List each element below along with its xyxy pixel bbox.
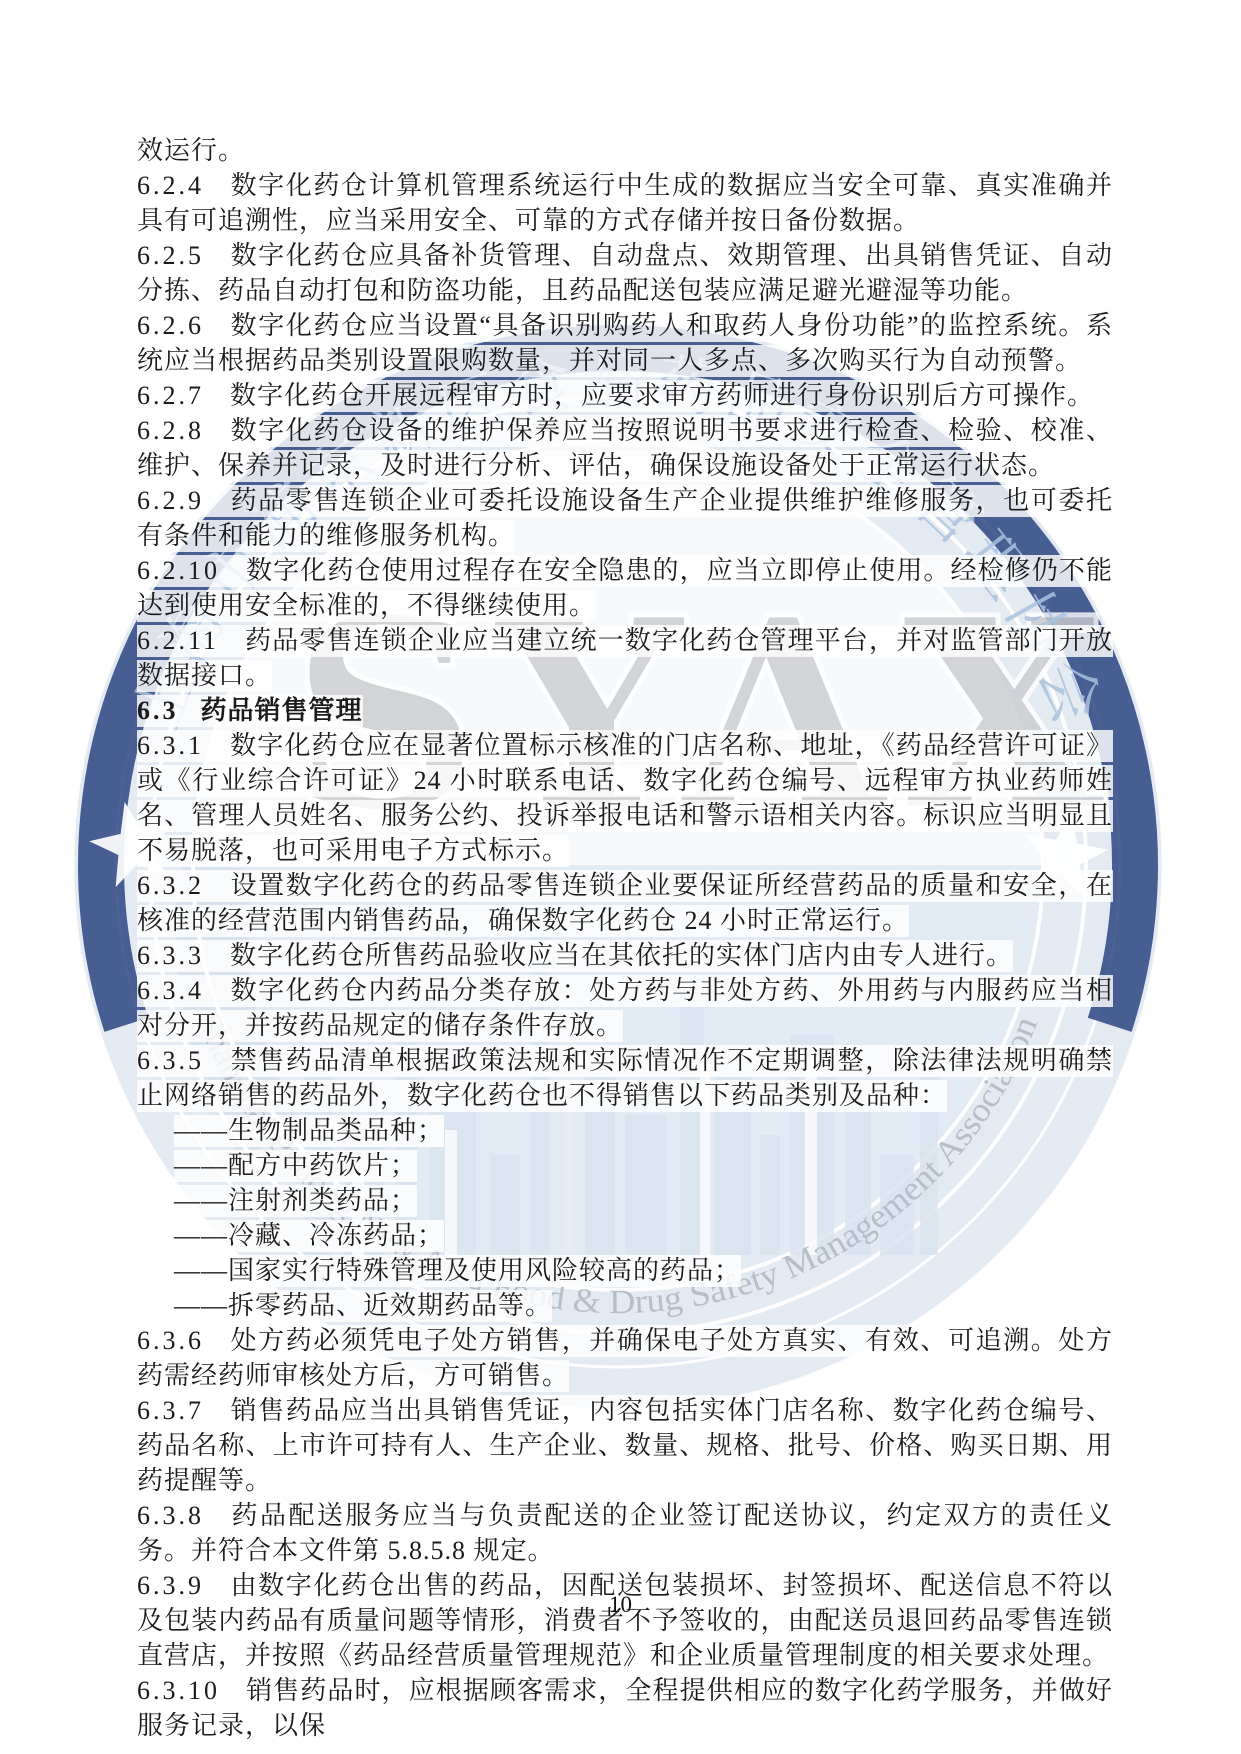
paragraph-number: 6.2.10 [137,556,220,585]
section-heading: 6.3药品销售管理 [137,693,1113,728]
paragraph-text: 处方药必须凭电子处方销售，并确保电子处方真实、有效、可追溯。处方药需经药师审核处… [137,1326,1113,1390]
dash-item: ——国家实行特殊管理及使用风险较高的药品； [137,1253,1113,1288]
paragraph-highlight: 6.3.9由数字化药仓出售的药品，因配送包装损坏、封签损坏、配送信息不符以及包装… [137,1570,1113,1672]
paragraph-text: 数字化药仓计算机管理系统运行中生成的数据应当安全可靠、真实准确并具有可追溯性，应… [137,171,1113,235]
paragraph-text: 销售药品时，应根据顾客需求，全程提供相应的数字化药学服务，并做好服务记录，以保 [137,1676,1113,1740]
paragraph-highlight: ——冷藏、冷冻药品； [174,1220,444,1252]
paragraph-highlight: 6.3.5禁售药品清单根据政策法规和实际情况作不定期调整，除法律法规明确禁止网络… [137,1045,1113,1112]
paragraph-number: 6.2.5 [137,241,204,270]
paragraph: 6.2.11药品零售连锁企业应当建立统一数字化药仓管理平台，并对监管部门开放数据… [137,623,1113,693]
paragraph-number: 6.3.10 [137,1676,220,1705]
paragraph-number: 6.2.8 [137,416,204,445]
paragraph: 6.2.10数字化药仓使用过程存在安全隐患的，应当立即停止使用。经检修仍不能达到… [137,553,1113,623]
paragraph-text: ——国家实行特殊管理及使用风险较高的药品； [174,1256,741,1285]
paragraph-highlight: ——生物制品类品种； [174,1115,444,1147]
dash-item: ——生物制品类品种； [137,1113,1113,1148]
dash-item: ——注射剂类药品； [137,1183,1113,1218]
paragraph: 效运行。 [137,133,1113,168]
paragraph-highlight: 6.2.6数字化药仓应当设置“具备识别购药人和取药人身份功能”的监控系统。系统应… [137,310,1113,377]
paragraph-text: 效运行。 [137,136,245,165]
paragraph-text: ——拆零药品、近效期药品等。 [174,1291,552,1320]
paragraph: 6.3.9由数字化药仓出售的药品，因配送包装损坏、封签损坏、配送信息不符以及包装… [137,1568,1113,1673]
dash-item: ——拆零药品、近效期药品等。 [137,1288,1113,1323]
paragraph-highlight: 6.2.9药品零售连锁企业可委托设施设备生产企业提供维护维修服务，也可委托有条件… [137,485,1113,552]
paragraph: 6.2.6数字化药仓应当设置“具备识别购药人和取药人身份功能”的监控系统。系统应… [137,308,1113,378]
paragraph-highlight: 6.3.3数字化药仓所售药品验收应当在其依托的实体门店内由专人进行。 [137,940,1013,972]
paragraph-highlight: 6.2.11药品零售连锁企业应当建立统一数字化药仓管理平台，并对监管部门开放数据… [137,625,1113,692]
paragraph-text: ——冷藏、冷冻药品； [174,1221,444,1250]
paragraph-text: 由数字化药仓出售的药品，因配送包装损坏、封签损坏、配送信息不符以及包装内药品有质… [137,1571,1113,1670]
paragraph-text: 禁售药品清单根据政策法规和实际情况作不定期调整，除法律法规明确禁止网络销售的药品… [137,1046,1113,1110]
paragraph-highlight: 6.3.7销售药品应当出具销售凭证，内容包括实体门店名称、数字化药仓编号、药品名… [137,1395,1113,1497]
paragraph: 6.3.3数字化药仓所售药品验收应当在其依托的实体门店内由专人进行。 [137,938,1113,973]
paragraph-text: 销售药品应当出具销售凭证，内容包括实体门店名称、数字化药仓编号、药品名称、上市许… [137,1396,1113,1495]
paragraph-number: 6.3.3 [137,941,204,970]
paragraph-text: ——生物制品类品种； [174,1116,444,1145]
paragraph-highlight: ——配方中药饮片； [174,1150,417,1182]
paragraph-highlight: 6.2.7数字化药仓开展远程审方时，应要求审方药师进行身份识别后方可操作。 [137,380,1094,412]
paragraph: 6.2.8数字化药仓设备的维护保养应当按照说明书要求进行检查、检验、校准、维护、… [137,413,1113,483]
paragraph-highlight: 6.3.2设置数字化药仓的药品零售连锁企业要保证所经营药品的质量和安全，在核准的… [137,870,1113,937]
paragraph-text: 药品配送服务应当与负责配送的企业签订配送协议，约定双方的责任义务。并符合本文件第… [137,1501,1113,1565]
paragraph-highlight: 6.2.5数字化药仓应具备补货管理、自动盘点、效期管理、出具销售凭证、自动分拣、… [137,240,1113,307]
dash-item: ——配方中药饮片； [137,1148,1113,1183]
paragraph: 6.3.1数字化药仓应在显著位置标示核准的门店名称、地址，《药品经营许可证》或《… [137,728,1113,868]
paragraph-number: 6.3.7 [137,1396,204,1425]
paragraph: 6.2.9药品零售连锁企业可委托设施设备生产企业提供维护维修服务，也可委托有条件… [137,483,1113,553]
paragraph-text: 药品销售管理 [201,696,363,725]
paragraph: 6.3.4数字化药仓内药品分类存放：处方药与非处方药、外用药与内服药应当相对分开… [137,973,1113,1043]
paragraph: 6.2.7数字化药仓开展远程审方时，应要求审方药师进行身份识别后方可操作。 [137,378,1113,413]
paragraph: 6.2.4数字化药仓计算机管理系统运行中生成的数据应当安全可靠、真实准确并具有可… [137,168,1113,238]
page-footer: 10 [0,1592,1241,1618]
paragraph-highlight: 6.3.10销售药品时，应根据顾客需求，全程提供相应的数字化药学服务，并做好服务… [137,1675,1113,1742]
paragraph: 6.3.5禁售药品清单根据政策法规和实际情况作不定期调整，除法律法规明确禁止网络… [137,1043,1113,1113]
paragraph-text: 数字化药仓应当设置“具备识别购药人和取药人身份功能”的监控系统。系统应当根据药品… [137,311,1113,375]
paragraph: 6.3.6处方药必须凭电子处方销售，并确保电子处方真实、有效、可追溯。处方药需经… [137,1323,1113,1393]
paragraph: 6.3.10销售药品时，应根据顾客需求，全程提供相应的数字化药学服务，并做好服务… [137,1673,1113,1743]
paragraph-text: ——注射剂类药品； [174,1186,417,1215]
paragraph-highlight: 6.3.4数字化药仓内药品分类存放：处方药与非处方药、外用药与内服药应当相对分开… [137,975,1113,1042]
paragraph-number: 6.2.6 [137,311,204,340]
paragraph-highlight: ——国家实行特殊管理及使用风险较高的药品； [174,1255,741,1287]
paragraph-text: 数字化药仓开展远程审方时，应要求审方药师进行身份识别后方可操作。 [230,381,1094,410]
paragraph-number: 6.2.11 [137,626,219,655]
paragraph-text: 数字化药仓所售药品验收应当在其依托的实体门店内由专人进行。 [230,941,1013,970]
paragraph-highlight: 6.3.6处方药必须凭电子处方销售，并确保电子处方真实、有效、可追溯。处方药需经… [137,1325,1113,1392]
page-number: 10 [609,1592,632,1617]
paragraph-text: 药品零售连锁企业可委托设施设备生产企业提供维护维修服务，也可委托有条件和能力的维… [137,486,1113,550]
paragraph: 6.3.7销售药品应当出具销售凭证，内容包括实体门店名称、数字化药仓编号、药品名… [137,1393,1113,1498]
paragraph-text: ——配方中药饮片； [174,1151,417,1180]
paragraph-text: 数字化药仓使用过程存在安全隐患的，应当立即停止使用。经检修仍不能达到使用安全标准… [137,556,1113,620]
paragraph-highlight: ——注射剂类药品； [174,1185,417,1217]
paragraph-number: 6.3.4 [137,976,204,1005]
paragraph-text: 数字化药仓应在显著位置标示核准的门店名称、地址，《药品经营许可证》或《行业综合许… [137,731,1113,865]
paragraph-number: 6.2.9 [137,486,204,515]
paragraph-number: 6.2.4 [137,171,204,200]
paragraph-highlight: 效运行。 [137,135,245,167]
paragraph-highlight: 6.3.8药品配送服务应当与负责配送的企业签订配送协议，约定双方的责任义务。并符… [137,1500,1113,1567]
paragraph-number: 6.3.2 [137,871,204,900]
paragraph-number: 6.3.8 [137,1501,204,1530]
paragraph-text: 设置数字化药仓的药品零售连锁企业要保证所经营药品的质量和安全，在核准的经营范围内… [137,871,1113,935]
paragraph-highlight: 6.2.4数字化药仓计算机管理系统运行中生成的数据应当安全可靠、真实准确并具有可… [137,170,1113,237]
paragraph-highlight: 6.2.8数字化药仓设备的维护保养应当按照说明书要求进行检查、检验、校准、维护、… [137,415,1113,482]
paragraph-text: 药品零售连锁企业应当建立统一数字化药仓管理平台，并对监管部门开放数据接口。 [137,626,1113,690]
paragraph-number: 6.3.1 [137,731,204,760]
dash-item: ——冷藏、冷冻药品； [137,1218,1113,1253]
paragraph-highlight: 6.3药品销售管理 [137,695,363,727]
paragraph-highlight: ——拆零药品、近效期药品等。 [174,1290,552,1322]
paragraph-number: 6.3.5 [137,1046,204,1075]
paragraph-highlight: 6.2.10数字化药仓使用过程存在安全隐患的，应当立即停止使用。经检修仍不能达到… [137,555,1113,622]
paragraph: 6.3.8药品配送服务应当与负责配送的企业签订配送协议，约定双方的责任义务。并符… [137,1498,1113,1568]
paragraph-text: 数字化药仓内药品分类存放：处方药与非处方药、外用药与内服药应当相对分开，并按药品… [137,976,1113,1040]
paragraph: 6.3.2设置数字化药仓的药品零售连锁企业要保证所经营药品的质量和安全，在核准的… [137,868,1113,938]
paragraph-text: 数字化药仓设备的维护保养应当按照说明书要求进行检查、检验、校准、维护、保养并记录… [137,416,1113,480]
document-page: SYAX 上海市浦东新区食品药品安全管理协会 Shanghai Pudong N… [0,0,1241,1754]
paragraph-text: 数字化药仓应具备补货管理、自动盘点、效期管理、出具销售凭证、自动分拣、药品自动打… [137,241,1113,305]
body-text: 效运行。6.2.4数字化药仓计算机管理系统运行中生成的数据应当安全可靠、真实准确… [137,133,1113,1743]
paragraph-number: 6.2.7 [137,381,204,410]
paragraph: 6.2.5数字化药仓应具备补货管理、自动盘点、效期管理、出具销售凭证、自动分拣、… [137,238,1113,308]
paragraph-highlight: 6.3.1数字化药仓应在显著位置标示核准的门店名称、地址，《药品经营许可证》或《… [137,730,1113,867]
paragraph-number: 6.3.6 [137,1326,204,1355]
paragraph-number: 6.3 [137,696,179,725]
